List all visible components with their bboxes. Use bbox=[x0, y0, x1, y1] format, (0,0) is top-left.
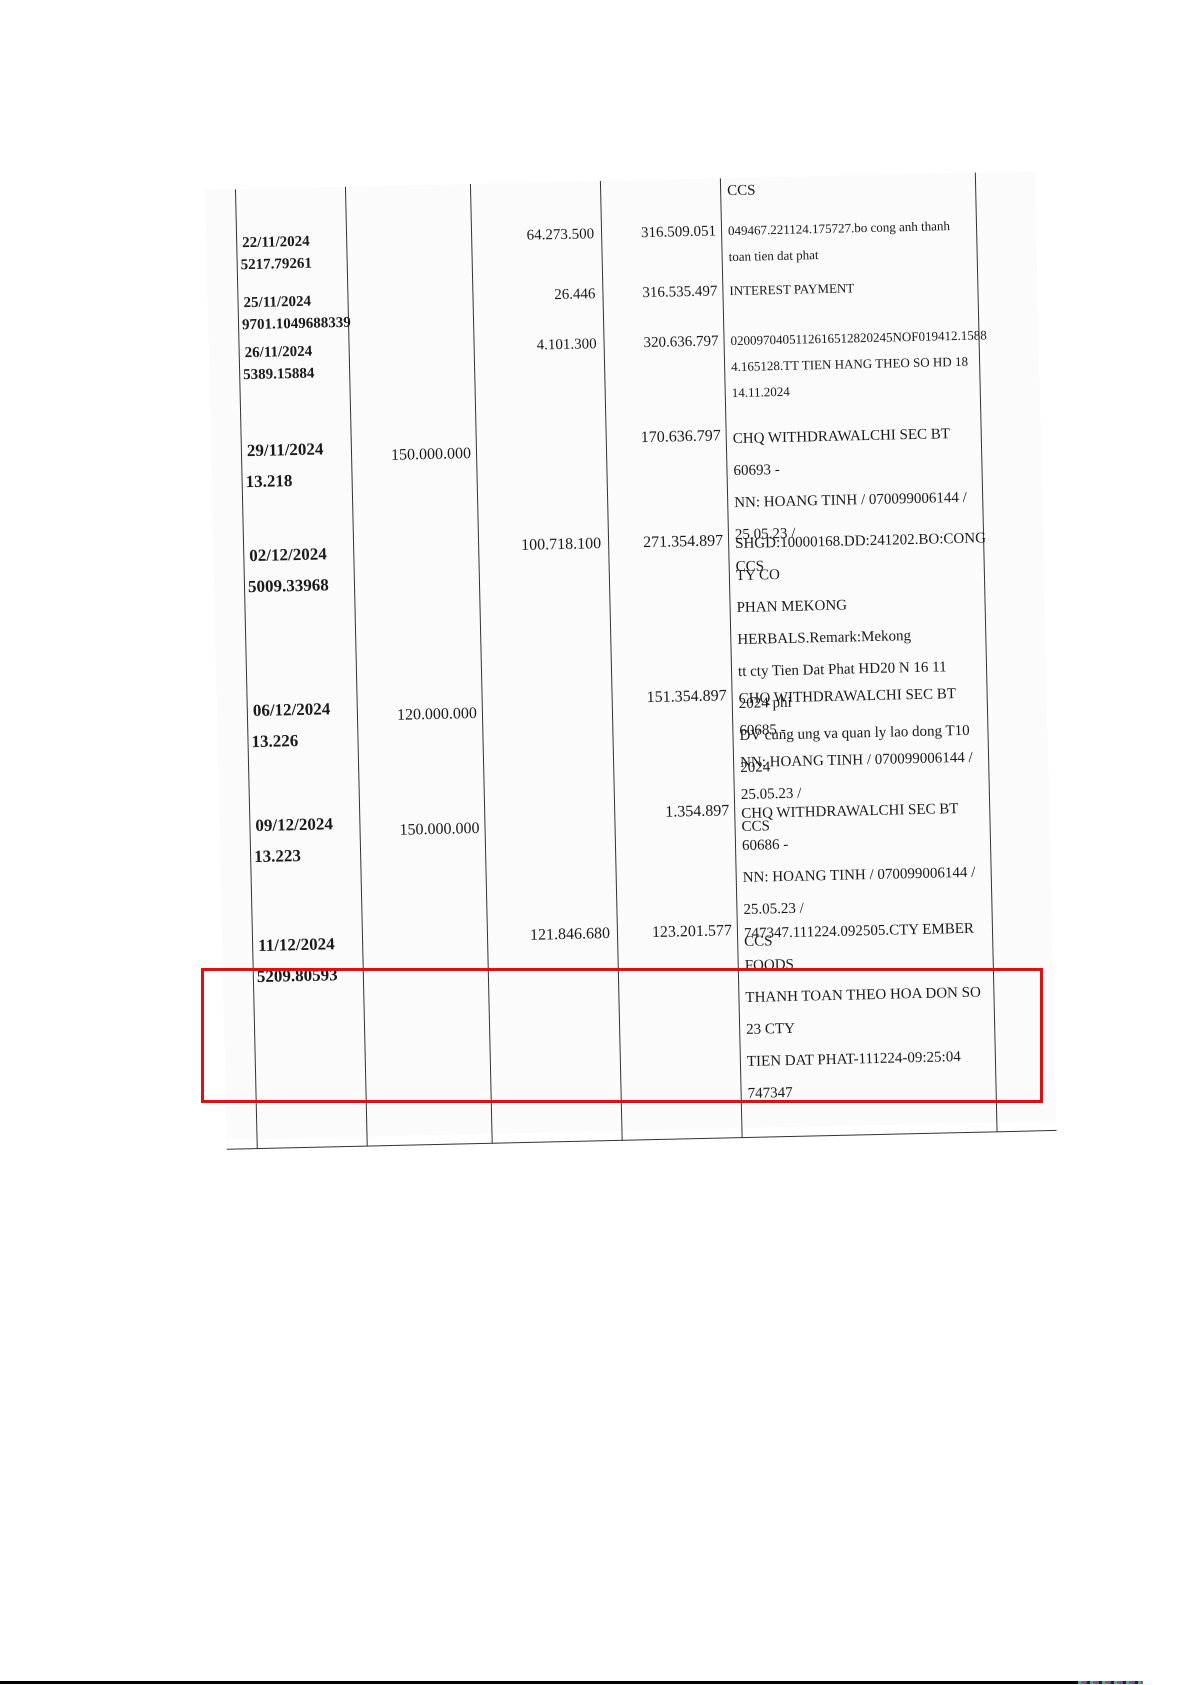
row-balance: 123.201.577 bbox=[622, 918, 733, 946]
row-balance: 151.354.897 bbox=[616, 683, 727, 711]
row-reference: 13.226 bbox=[251, 727, 298, 756]
row-description: 049467.221124.175727.bo cong anh thanhto… bbox=[728, 213, 969, 270]
row-credit: 64.273.500 bbox=[476, 221, 595, 250]
row-date: 06/12/2024 bbox=[252, 692, 330, 728]
row-balance: 170.636.797 bbox=[610, 423, 721, 451]
row-credit: 121.846.680 bbox=[492, 921, 611, 950]
footer-noise bbox=[1078, 1681, 1143, 1684]
row-balance: 316.509.051 bbox=[606, 218, 717, 246]
row-credit: 4.101.300 bbox=[478, 331, 597, 360]
row-balance: 271.354.897 bbox=[613, 528, 724, 556]
row-description: 0200970405112616512820245NOF019412.15884… bbox=[730, 323, 972, 406]
row-date: 11/12/2024 bbox=[258, 927, 335, 963]
row-credit: 26.446 bbox=[477, 281, 596, 310]
footer-bar bbox=[0, 1681, 1085, 1684]
row-debit: 150.000.000 bbox=[356, 441, 472, 470]
row-balance: 320.636.797 bbox=[608, 328, 719, 356]
row-balance: 1.354.897 bbox=[619, 798, 730, 826]
row-reference: 13.223 bbox=[254, 842, 301, 871]
row-date: 29/11/2024 bbox=[247, 432, 324, 468]
row-reference: 13.218 bbox=[245, 467, 292, 496]
row-date: 09/12/2024 bbox=[255, 807, 333, 843]
row-reference: 5217.79261 bbox=[240, 250, 312, 280]
row-credit: 100.718.100 bbox=[483, 531, 602, 560]
row-reference: 5389.15884 bbox=[243, 360, 315, 390]
table-bottom-border bbox=[227, 1130, 1057, 1150]
row-debit: 120.000.000 bbox=[362, 701, 478, 730]
row-debit: 150.000.000 bbox=[364, 816, 480, 845]
row-date: 02/12/2024 bbox=[249, 537, 327, 573]
row-balance: 316.535.497 bbox=[607, 278, 718, 306]
row-reference: 5009.33968 bbox=[248, 571, 329, 601]
row-reference: 9701.1049688339 bbox=[242, 309, 351, 339]
top-continuation-text: CCS bbox=[727, 178, 756, 205]
row-description: INTEREST PAYMENT bbox=[729, 273, 970, 304]
highlight-box bbox=[201, 968, 1043, 1103]
